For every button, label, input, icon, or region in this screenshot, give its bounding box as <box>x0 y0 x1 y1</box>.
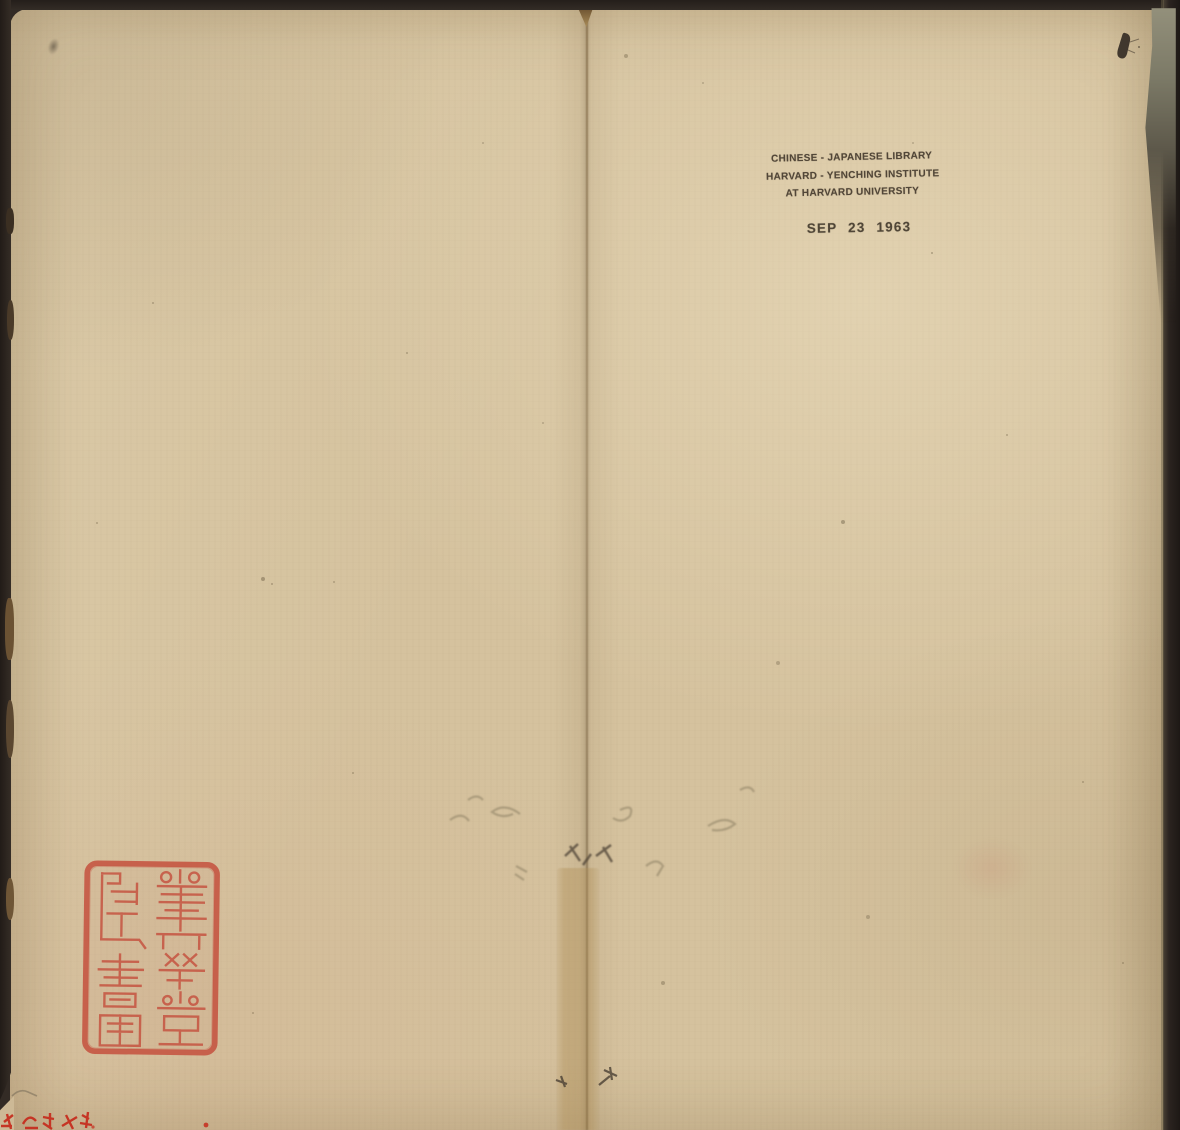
paper-specks <box>0 0 2 2</box>
pencil-scribble-mark <box>8 1082 42 1104</box>
left-edge-torn-bit <box>6 878 14 920</box>
ink-blot-mark <box>1112 30 1142 62</box>
left-edge-torn-bit <box>7 300 14 340</box>
book-scan: CHINESE - JAPANESE LIBRARY HARVARD - YEN… <box>0 0 1180 1130</box>
ink-marks-on-fold <box>540 1058 650 1102</box>
red-margin-character-fragments <box>0 1106 250 1130</box>
library-ink-stamp: CHINESE - JAPANESE LIBRARY HARVARD - YEN… <box>765 147 938 203</box>
left-edge-torn-bit <box>5 598 14 660</box>
accession-date-stamp: SEP 23 1963 <box>799 219 919 236</box>
show-through-ink-ghosts <box>420 770 780 900</box>
left-edge-torn-bit <box>6 208 14 234</box>
library-stamp-line3: AT HARVARD UNIVERSITY <box>766 182 938 203</box>
dark-edge-top <box>0 0 1180 10</box>
left-edge-torn-bit <box>6 700 14 758</box>
dark-edge-left <box>0 0 11 1100</box>
faint-red-smudge <box>953 838 1031 898</box>
red-collector-seal-stamp <box>79 857 224 1059</box>
